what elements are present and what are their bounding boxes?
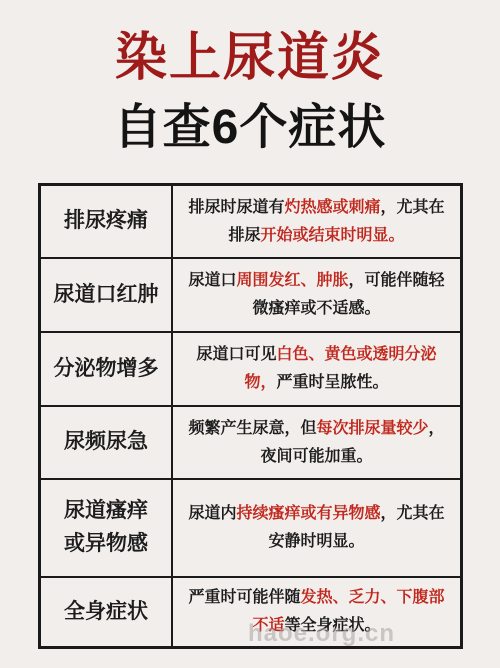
desc-text: 尿道口可见白色、黄色或透明分泌物，严重时呈脓性。 bbox=[181, 341, 452, 397]
symptom-table: 排尿疼痛 排尿时尿道有灼热感或刺痛，尤其在排尿开始或结束时明显。 尿道口红肿 尿… bbox=[38, 183, 463, 649]
desc-text: 尿道口周围发红、肿胀，可能伴随轻微瘙痒或不适感。 bbox=[181, 267, 452, 323]
desc-segment: 频繁产生尿意，但 bbox=[188, 420, 316, 437]
desc-text: 尿道内持续瘙痒或有异物感，尤其在安静时明显。 bbox=[181, 500, 452, 556]
desc-segment: 等全身症状。 bbox=[285, 617, 381, 634]
page-title-line1: 染上尿道炎 bbox=[0, 30, 500, 87]
desc-segment: 尿道内 bbox=[188, 505, 236, 522]
desc-segment-highlight: 开始或结束时明显。 bbox=[261, 227, 405, 244]
symptom-desc-discharge: 尿道口可见白色、黄色或透明分泌物，严重时呈脓性。 bbox=[173, 333, 460, 405]
desc-segment: 尿道口可见 bbox=[196, 346, 276, 363]
symptom-label-frequency-urgency: 尿频尿急 bbox=[41, 407, 171, 478]
symptom-label-discharge: 分泌物增多 bbox=[41, 333, 171, 405]
desc-segment: 严重时呈脓性。 bbox=[277, 374, 389, 391]
symptom-desc-painful-urination: 排尿时尿道有灼热感或刺痛，尤其在排尿开始或结束时明显。 bbox=[173, 186, 460, 257]
desc-segment-highlight: 持续瘙痒或有异物感 bbox=[236, 505, 380, 522]
desc-text: 排尿时尿道有灼热感或刺痛，尤其在排尿开始或结束时明显。 bbox=[181, 194, 452, 250]
desc-segment: 排尿时尿道有 bbox=[188, 199, 284, 216]
page-title-line2: 自查6个症状 bbox=[0, 100, 500, 155]
desc-segment-highlight: 周围发红、肿胀 bbox=[236, 272, 348, 289]
desc-text: 频繁产生尿意，但每次排尿量较少，夜间可能加重。 bbox=[181, 415, 452, 471]
symptom-label-systemic: 全身症状 bbox=[41, 578, 171, 646]
desc-segment: 严重时可能伴随 bbox=[188, 589, 300, 606]
symptom-desc-frequency-urgency: 频繁产生尿意，但每次排尿量较少，夜间可能加重。 bbox=[173, 407, 460, 478]
symptom-label-painful-urination: 排尿疼痛 bbox=[41, 186, 171, 257]
label-line1: 尿道瘙痒 bbox=[64, 495, 148, 528]
symptom-label-redness-swelling: 尿道口红肿 bbox=[41, 259, 171, 331]
symptom-label-itching-foreign-body: 尿道瘙痒 或异物感 bbox=[41, 480, 171, 576]
label-line2: 或异物感 bbox=[64, 528, 148, 561]
desc-text: 严重时可能伴随发热、乏力、下腹部不适等全身症状。 bbox=[181, 584, 452, 640]
desc-segment-highlight: 每次排尿量较少 bbox=[316, 420, 428, 437]
symptom-desc-itching-foreign-body: 尿道内持续瘙痒或有异物感，尤其在安静时明显。 bbox=[173, 480, 460, 576]
desc-segment: 尿道口 bbox=[188, 272, 236, 289]
desc-segment-highlight: 灼热感或刺痛 bbox=[284, 199, 380, 216]
symptom-desc-systemic: 严重时可能伴随发热、乏力、下腹部不适等全身症状。 bbox=[173, 578, 460, 646]
symptom-desc-redness-swelling: 尿道口周围发红、肿胀，可能伴随轻微瘙痒或不适感。 bbox=[173, 259, 460, 331]
